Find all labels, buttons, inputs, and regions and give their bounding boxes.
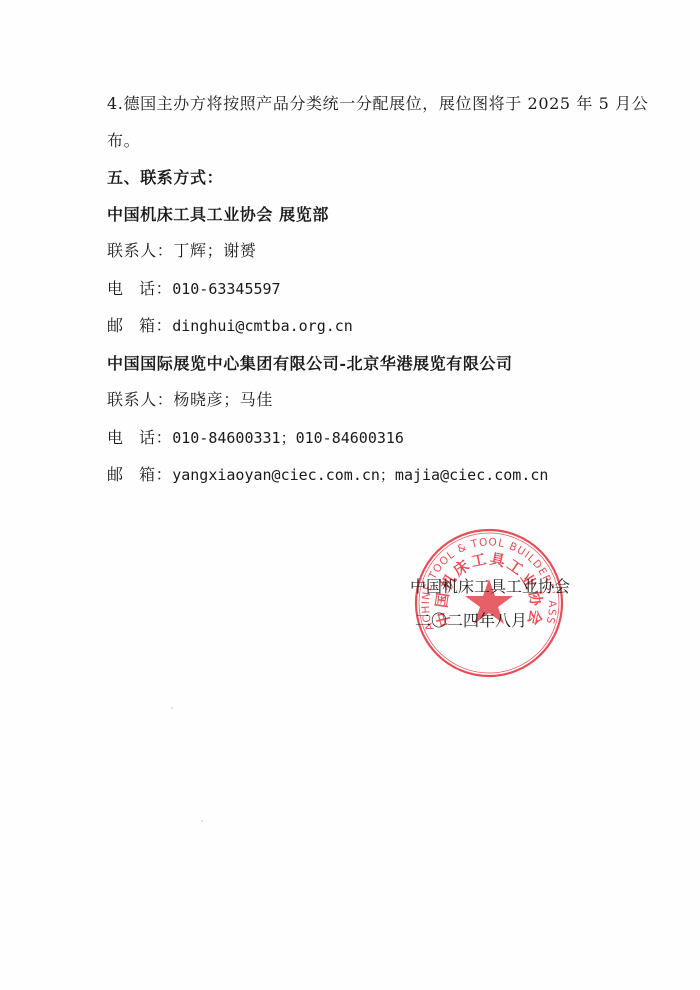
org1-phone-label-a: 电 [107,279,139,299]
org2-phone-value: 010-84600331；010-84600316 [172,429,404,447]
org2-contact-label: 联系人： [107,390,173,409]
org1-email-label-b: 箱： [139,316,172,335]
org1-phone-row: 电话：010-63345597 [107,279,281,299]
org2-name: 中国国际展览中心集团有限公司-北京华港展览有限公司 [107,354,513,374]
org2-email-label-a: 邮 [107,465,139,485]
org2-phone-row: 电话：010-84600331；010-84600316 [107,428,404,448]
org2-phone-label-b: 话： [139,428,172,447]
org1-phone-value: 010-63345597 [172,280,280,298]
document-page: 4.德国主办方将按照产品分类统一分配展位，展位图将于 2025 年 5 月公 布… [0,0,700,990]
org1-contact-label: 联系人： [107,241,173,260]
org2-email-row: 邮箱：yangxiaoyan@ciec.com.cn；majia@ciec.co… [107,465,548,485]
org1-email-value[interactable]: dinghui@cmtba.org.cn [172,317,353,335]
scan-speck [171,707,173,709]
org1-contact-row: 联系人：丁辉；谢赟 [107,241,256,261]
org2-contact-value: 杨晓彦；马佳 [173,390,273,409]
org1-contact-value: 丁辉；谢赟 [173,241,256,260]
signature-date: 二〇二四年八月 [415,608,527,631]
org1-phone-label-b: 话： [139,279,172,298]
org2-email-label-b: 箱： [139,465,172,484]
signature-org: 中国机床工具工业协会 [410,574,570,597]
org2-email-value[interactable]: yangxiaoyan@ciec.com.cn；majia@ciec.com.c… [172,466,548,484]
org1-email-label-a: 邮 [107,316,139,336]
org1-email-row: 邮箱：dinghui@cmtba.org.cn [107,316,353,336]
org1-name: 中国机床工具工业协会 展览部 [107,205,329,225]
item4-line1: 4.德国主办方将按照产品分类统一分配展位，展位图将于 2025 年 5 月公 [107,94,648,114]
official-seal-icon: CHINA MACHINE TOOL & TOOL BUILDERS' ASSO… [413,527,565,679]
org2-contact-row: 联系人：杨晓彦；马佳 [107,390,273,410]
section5-heading: 五、联系方式： [107,168,223,188]
scan-speck [201,820,203,822]
org2-phone-label-a: 电 [107,428,139,448]
item4-line2: 布。 [107,131,140,151]
